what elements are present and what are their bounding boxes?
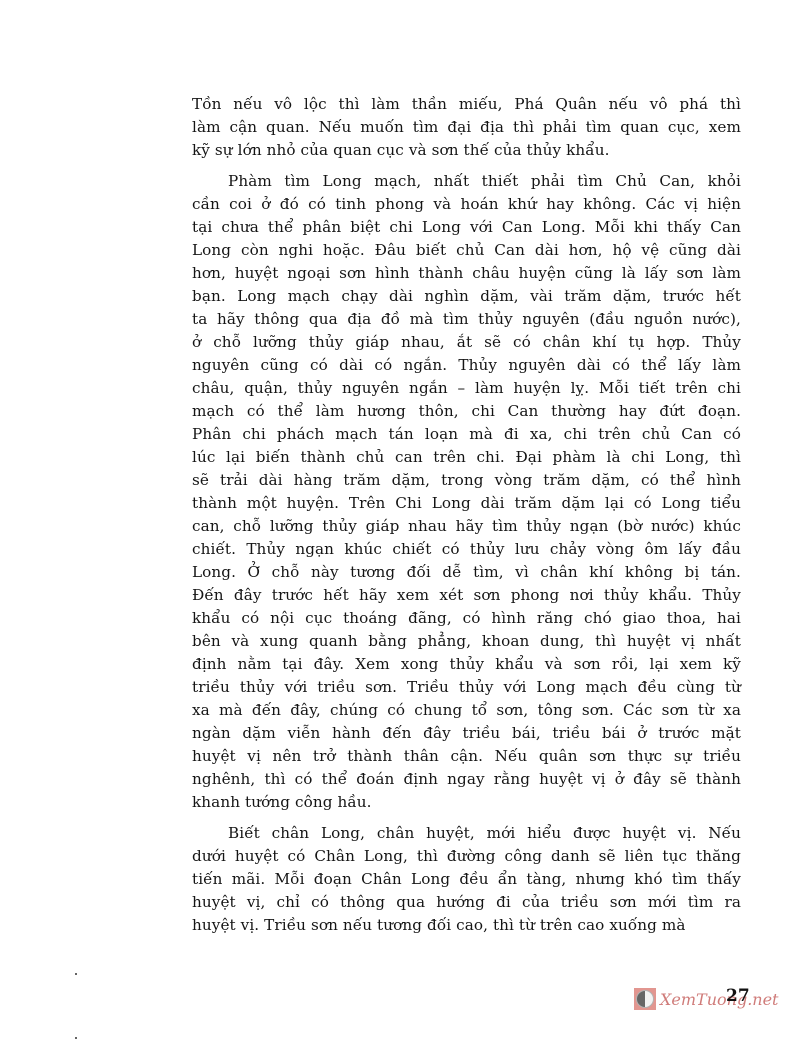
text-line: lúc lại biến thành chủ can trên chi. Đại…: [192, 446, 741, 469]
text-line: kỹ sự lớn nhỏ của quan cục và sơn thế củ…: [192, 139, 741, 162]
text-line: Phân chi phách mạch tán loạn mà đi xa, c…: [192, 423, 741, 446]
text-line: thành một huyện. Trên Chi Long dài trăm …: [192, 492, 741, 515]
paragraph: Tồn nếu vô lộc thì làm thần miếu, Phá Qu…: [192, 93, 741, 162]
paragraph-gap: [192, 162, 741, 170]
text-line: khẩu có nội cục thoáng đãng, có hình răn…: [192, 607, 741, 630]
watermark: XemTuong.net: [634, 988, 778, 1010]
paragraph-gap: [192, 814, 741, 822]
text-line: cần coi ở đó có tinh phong và hoán khứ h…: [192, 193, 741, 216]
text-line: làm cận quan. Nếu muốn tìm đại địa thì p…: [192, 116, 741, 139]
text-line: tại chưa thể phân biệt chi Long với Can …: [192, 216, 741, 239]
text-line: hơn, huyệt ngoại sơn hình thành châu huy…: [192, 262, 741, 285]
text-line: sẽ trải dài hàng trăm dặm, trong vòng tr…: [192, 469, 741, 492]
text-line: bên và xung quanh bằng phẳng, khoan dung…: [192, 630, 741, 653]
paragraph: Biết chân Long, chân huyệt, mới hiểu đượ…: [192, 822, 741, 937]
text-line: ta hãy thông qua địa đồ mà tìm thủy nguy…: [192, 308, 741, 331]
text-line: Biết chân Long, chân huyệt, mới hiểu đượ…: [192, 822, 741, 845]
text-line: mạch có thể làm hương thôn, chi Can thườ…: [192, 400, 741, 423]
text-line: can, chỗ lưỡng thủy giáp nhau hãy tìm th…: [192, 515, 741, 538]
text-line: xa mà đến đây, chúng có chung tổ sơn, tô…: [192, 699, 741, 722]
text-line: Long còn nghi hoặc. Đâu biết chủ Can dài…: [192, 239, 741, 262]
scan-speck: [75, 973, 77, 975]
text-line: Long. Ở chỗ này tương đối dễ tìm, vì châ…: [192, 561, 741, 584]
text-line: Đến đây trước hết hãy xem xét sơn phong …: [192, 584, 741, 607]
text-line: định nằm tại đây. Xem xong thủy khẩu và …: [192, 653, 741, 676]
text-line: Tồn nếu vô lộc thì làm thần miếu, Phá Qu…: [192, 93, 741, 116]
text-line: ngàn dặm viễn hành đến đây triều bái, tr…: [192, 722, 741, 745]
text-line: Phàm tìm Long mạch, nhất thiết phải tìm …: [192, 170, 741, 193]
text-line: huyệt vị. Triều sơn nếu tương đối cao, t…: [192, 914, 741, 937]
text-line: huyệt vị, chỉ có thông qua hướng đi của …: [192, 891, 741, 914]
book-page: Tồn nếu vô lộc thì làm thần miếu, Phá Qu…: [192, 93, 741, 937]
page-number: 27: [726, 986, 750, 1006]
scan-speck: [75, 1037, 77, 1039]
paragraph: Phàm tìm Long mạch, nhất thiết phải tìm …: [192, 170, 741, 814]
text-line: châu, quận, thủy nguyên ngắn – làm huyện…: [192, 377, 741, 400]
text-line: huyệt vị nên trở thành thân cận. Nếu quâ…: [192, 745, 741, 768]
text-line: bạn. Long mạch chạy dài nghìn dặm, vài t…: [192, 285, 741, 308]
text-line: triều thủy với triều sơn. Triều thủy với…: [192, 676, 741, 699]
yin-yang-icon: [634, 988, 656, 1010]
text-line: dưới huyệt có Chân Long, thì đường công …: [192, 845, 741, 868]
text-line: khanh tướng công hầu.: [192, 791, 741, 814]
text-line: chiết. Thủy ngạn khúc chiết có thủy lưu …: [192, 538, 741, 561]
text-line: tiến mãi. Mỗi đoạn Chân Long đều ẩn tàng…: [192, 868, 741, 891]
text-line: ở chỗ lưỡng thủy giáp nhau, ắt sẽ có châ…: [192, 331, 741, 354]
text-line: nghênh, thì có thể đoán định ngay rằng h…: [192, 768, 741, 791]
watermark-text: XemTuong.net: [660, 990, 778, 1009]
text-line: nguyên cũng có dài có ngắn. Thủy nguyên …: [192, 354, 741, 377]
